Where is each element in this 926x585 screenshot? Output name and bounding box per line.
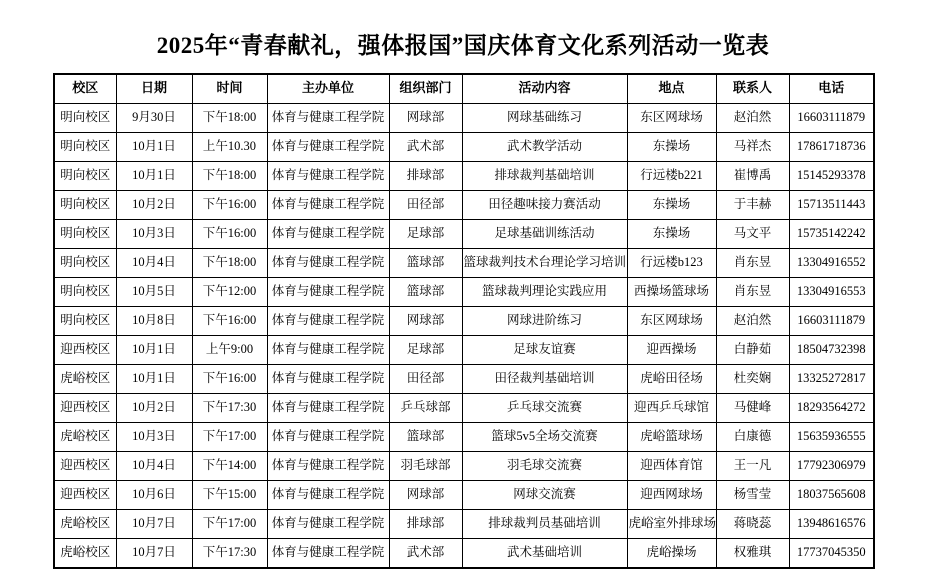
cell-activity: 足球友谊赛: [462, 335, 627, 364]
cell-location: 虎峪田径场: [627, 364, 716, 393]
column-header-location: 地点: [627, 74, 716, 104]
cell-date: 10月4日: [116, 248, 192, 277]
cell-department: 足球部: [389, 219, 462, 248]
cell-department: 羽毛球部: [389, 451, 462, 480]
cell-host: 体育与健康工程学院: [267, 132, 389, 161]
column-header-date: 日期: [116, 74, 192, 104]
cell-campus: 明向校区: [54, 103, 116, 132]
table-body: 明向校区9月30日下午18:00体育与健康工程学院网球部网球基础练习东区网球场赵…: [54, 103, 874, 568]
cell-campus: 虎峪校区: [54, 538, 116, 568]
cell-time: 上午10.30: [192, 132, 267, 161]
cell-activity: 网球交流赛: [462, 480, 627, 509]
cell-time: 下午16:00: [192, 364, 267, 393]
cell-activity: 乒乓球交流赛: [462, 393, 627, 422]
cell-activity: 羽毛球交流赛: [462, 451, 627, 480]
cell-host: 体育与健康工程学院: [267, 219, 389, 248]
column-header-contact: 联系人: [716, 74, 789, 104]
cell-host: 体育与健康工程学院: [267, 480, 389, 509]
cell-department: 篮球部: [389, 422, 462, 451]
cell-location: 东区网球场: [627, 306, 716, 335]
cell-location: 西操场篮球场: [627, 277, 716, 306]
cell-phone: 15713511443: [789, 190, 874, 219]
table-row: 明向校区10月8日下午16:00体育与健康工程学院网球部网球进阶练习东区网球场赵…: [54, 306, 874, 335]
cell-location: 虎峪操场: [627, 538, 716, 568]
cell-campus: 迎西校区: [54, 451, 116, 480]
cell-location: 迎西操场: [627, 335, 716, 364]
cell-activity: 足球基础训练活动: [462, 219, 627, 248]
cell-date: 9月30日: [116, 103, 192, 132]
table-row: 虎峪校区10月1日下午16:00体育与健康工程学院田径部田径裁判基础培训虎峪田径…: [54, 364, 874, 393]
cell-time: 下午17:00: [192, 509, 267, 538]
table-row: 迎西校区10月1日上午9:00体育与健康工程学院足球部足球友谊赛迎西操场白静茹1…: [54, 335, 874, 364]
column-header-phone: 电话: [789, 74, 874, 104]
cell-campus: 明向校区: [54, 132, 116, 161]
cell-host: 体育与健康工程学院: [267, 103, 389, 132]
table-row: 迎西校区10月6日下午15:00体育与健康工程学院网球部网球交流赛迎西网球场杨雪…: [54, 480, 874, 509]
cell-time: 下午16:00: [192, 190, 267, 219]
cell-department: 网球部: [389, 103, 462, 132]
table-row: 虎峪校区10月3日下午17:00体育与健康工程学院篮球部篮球5v5全场交流赛虎峪…: [54, 422, 874, 451]
cell-contact: 白静茹: [716, 335, 789, 364]
activities-table: 校区日期时间主办单位组织部门活动内容地点联系人电话 明向校区9月30日下午18:…: [53, 73, 875, 569]
cell-contact: 肖东昱: [716, 248, 789, 277]
cell-host: 体育与健康工程学院: [267, 335, 389, 364]
cell-time: 下午18:00: [192, 161, 267, 190]
cell-host: 体育与健康工程学院: [267, 248, 389, 277]
cell-activity: 武术教学活动: [462, 132, 627, 161]
cell-phone: 13304916552: [789, 248, 874, 277]
cell-host: 体育与健康工程学院: [267, 393, 389, 422]
cell-time: 下午17:00: [192, 422, 267, 451]
cell-department: 排球部: [389, 509, 462, 538]
cell-time: 下午18:00: [192, 103, 267, 132]
cell-date: 10月1日: [116, 132, 192, 161]
table-row: 明向校区9月30日下午18:00体育与健康工程学院网球部网球基础练习东区网球场赵…: [54, 103, 874, 132]
cell-host: 体育与健康工程学院: [267, 364, 389, 393]
cell-activity: 排球裁判员基础培训: [462, 509, 627, 538]
cell-contact: 蒋晓蕊: [716, 509, 789, 538]
cell-host: 体育与健康工程学院: [267, 451, 389, 480]
cell-activity: 武术基础培训: [462, 538, 627, 568]
table-row: 迎西校区10月4日下午14:00体育与健康工程学院羽毛球部羽毛球交流赛迎西体育馆…: [54, 451, 874, 480]
cell-campus: 虎峪校区: [54, 422, 116, 451]
cell-department: 篮球部: [389, 248, 462, 277]
cell-contact: 肖东昱: [716, 277, 789, 306]
cell-department: 田径部: [389, 364, 462, 393]
cell-host: 体育与健康工程学院: [267, 509, 389, 538]
cell-department: 乒乓球部: [389, 393, 462, 422]
table-head: 校区日期时间主办单位组织部门活动内容地点联系人电话: [54, 74, 874, 104]
cell-phone: 15145293378: [789, 161, 874, 190]
cell-contact: 马祥杰: [716, 132, 789, 161]
table-row: 明向校区10月5日下午12:00体育与健康工程学院篮球部篮球裁判理论实践应用西操…: [54, 277, 874, 306]
cell-date: 10月2日: [116, 190, 192, 219]
cell-activity: 篮球5v5全场交流赛: [462, 422, 627, 451]
cell-host: 体育与健康工程学院: [267, 422, 389, 451]
cell-location: 迎西网球场: [627, 480, 716, 509]
cell-date: 10月1日: [116, 335, 192, 364]
table-row: 明向校区10月1日上午10.30体育与健康工程学院武术部武术教学活动东操场马祥杰…: [54, 132, 874, 161]
page-title: 2025年“青春献礼，强体报国”国庆体育文化系列活动一览表: [0, 0, 926, 73]
cell-department: 武术部: [389, 538, 462, 568]
cell-time: 下午12:00: [192, 277, 267, 306]
cell-contact: 于丰赫: [716, 190, 789, 219]
cell-location: 东操场: [627, 219, 716, 248]
cell-campus: 明向校区: [54, 161, 116, 190]
cell-campus: 明向校区: [54, 248, 116, 277]
cell-location: 行远楼b123: [627, 248, 716, 277]
cell-campus: 迎西校区: [54, 393, 116, 422]
cell-date: 10月1日: [116, 161, 192, 190]
cell-campus: 明向校区: [54, 306, 116, 335]
cell-host: 体育与健康工程学院: [267, 161, 389, 190]
cell-phone: 16603111879: [789, 306, 874, 335]
cell-campus: 虎峪校区: [54, 364, 116, 393]
cell-contact: 马文平: [716, 219, 789, 248]
column-header-time: 时间: [192, 74, 267, 104]
cell-time: 下午17:30: [192, 393, 267, 422]
cell-time: 下午14:00: [192, 451, 267, 480]
cell-phone: 18037565608: [789, 480, 874, 509]
cell-phone: 16603111879: [789, 103, 874, 132]
cell-time: 下午17:30: [192, 538, 267, 568]
cell-campus: 明向校区: [54, 190, 116, 219]
cell-activity: 网球进阶练习: [462, 306, 627, 335]
cell-host: 体育与健康工程学院: [267, 306, 389, 335]
cell-phone: 15735142242: [789, 219, 874, 248]
cell-phone: 17792306979: [789, 451, 874, 480]
cell-department: 网球部: [389, 480, 462, 509]
table-row: 虎峪校区10月7日下午17:30体育与健康工程学院武术部武术基础培训虎峪操场权雅…: [54, 538, 874, 568]
cell-phone: 13304916553: [789, 277, 874, 306]
cell-contact: 王一凡: [716, 451, 789, 480]
cell-date: 10月7日: [116, 509, 192, 538]
cell-phone: 15635936555: [789, 422, 874, 451]
cell-contact: 白康德: [716, 422, 789, 451]
cell-contact: 杜奕娴: [716, 364, 789, 393]
cell-contact: 赵泊然: [716, 306, 789, 335]
cell-activity: 田径裁判基础培训: [462, 364, 627, 393]
cell-host: 体育与健康工程学院: [267, 277, 389, 306]
cell-phone: 13325272817: [789, 364, 874, 393]
cell-activity: 排球裁判基础培训: [462, 161, 627, 190]
document-page: 2025年“青春献礼，强体报国”国庆体育文化系列活动一览表 校区日期时间主办单位…: [0, 0, 926, 585]
cell-location: 东操场: [627, 190, 716, 219]
cell-location: 迎西体育馆: [627, 451, 716, 480]
cell-location: 迎西乒乓球馆: [627, 393, 716, 422]
cell-activity: 田径趣味接力赛活动: [462, 190, 627, 219]
column-header-department: 组织部门: [389, 74, 462, 104]
cell-date: 10月3日: [116, 422, 192, 451]
cell-department: 篮球部: [389, 277, 462, 306]
table-row: 明向校区10月2日下午16:00体育与健康工程学院田径部田径趣味接力赛活动东操场…: [54, 190, 874, 219]
cell-campus: 明向校区: [54, 277, 116, 306]
cell-date: 10月1日: [116, 364, 192, 393]
cell-location: 虎峪室外排球场: [627, 509, 716, 538]
cell-campus: 迎西校区: [54, 335, 116, 364]
cell-phone: 13948616576: [789, 509, 874, 538]
cell-date: 10月2日: [116, 393, 192, 422]
cell-time: 下午18:00: [192, 248, 267, 277]
cell-contact: 崔博禹: [716, 161, 789, 190]
cell-contact: 杨雪莹: [716, 480, 789, 509]
cell-time: 下午15:00: [192, 480, 267, 509]
cell-campus: 明向校区: [54, 219, 116, 248]
cell-location: 虎峪篮球场: [627, 422, 716, 451]
cell-host: 体育与健康工程学院: [267, 190, 389, 219]
cell-phone: 17737045350: [789, 538, 874, 568]
cell-activity: 网球基础练习: [462, 103, 627, 132]
cell-activity: 篮球裁判理论实践应用: [462, 277, 627, 306]
cell-contact: 赵泊然: [716, 103, 789, 132]
cell-department: 武术部: [389, 132, 462, 161]
column-header-campus: 校区: [54, 74, 116, 104]
cell-campus: 迎西校区: [54, 480, 116, 509]
cell-date: 10月6日: [116, 480, 192, 509]
cell-date: 10月3日: [116, 219, 192, 248]
cell-department: 足球部: [389, 335, 462, 364]
cell-phone: 17861718736: [789, 132, 874, 161]
cell-department: 田径部: [389, 190, 462, 219]
cell-time: 下午16:00: [192, 306, 267, 335]
cell-location: 东区网球场: [627, 103, 716, 132]
cell-date: 10月8日: [116, 306, 192, 335]
table-row: 迎西校区10月2日下午17:30体育与健康工程学院乒乓球部乒乓球交流赛迎西乒乓球…: [54, 393, 874, 422]
cell-department: 排球部: [389, 161, 462, 190]
cell-department: 网球部: [389, 306, 462, 335]
header-row: 校区日期时间主办单位组织部门活动内容地点联系人电话: [54, 74, 874, 104]
column-header-activity: 活动内容: [462, 74, 627, 104]
cell-time: 上午9:00: [192, 335, 267, 364]
cell-date: 10月5日: [116, 277, 192, 306]
cell-phone: 18293564272: [789, 393, 874, 422]
cell-contact: 权雅琪: [716, 538, 789, 568]
cell-phone: 18504732398: [789, 335, 874, 364]
cell-time: 下午16:00: [192, 219, 267, 248]
cell-location: 行远楼b221: [627, 161, 716, 190]
cell-date: 10月4日: [116, 451, 192, 480]
table-row: 虎峪校区10月7日下午17:00体育与健康工程学院排球部排球裁判员基础培训虎峪室…: [54, 509, 874, 538]
table-row: 明向校区10月3日下午16:00体育与健康工程学院足球部足球基础训练活动东操场马…: [54, 219, 874, 248]
cell-campus: 虎峪校区: [54, 509, 116, 538]
cell-activity: 篮球裁判技术台理论学习培训: [462, 248, 627, 277]
cell-date: 10月7日: [116, 538, 192, 568]
table-row: 明向校区10月1日下午18:00体育与健康工程学院排球部排球裁判基础培训行远楼b…: [54, 161, 874, 190]
cell-contact: 马健峰: [716, 393, 789, 422]
cell-location: 东操场: [627, 132, 716, 161]
column-header-host: 主办单位: [267, 74, 389, 104]
cell-host: 体育与健康工程学院: [267, 538, 389, 568]
table-row: 明向校区10月4日下午18:00体育与健康工程学院篮球部篮球裁判技术台理论学习培…: [54, 248, 874, 277]
